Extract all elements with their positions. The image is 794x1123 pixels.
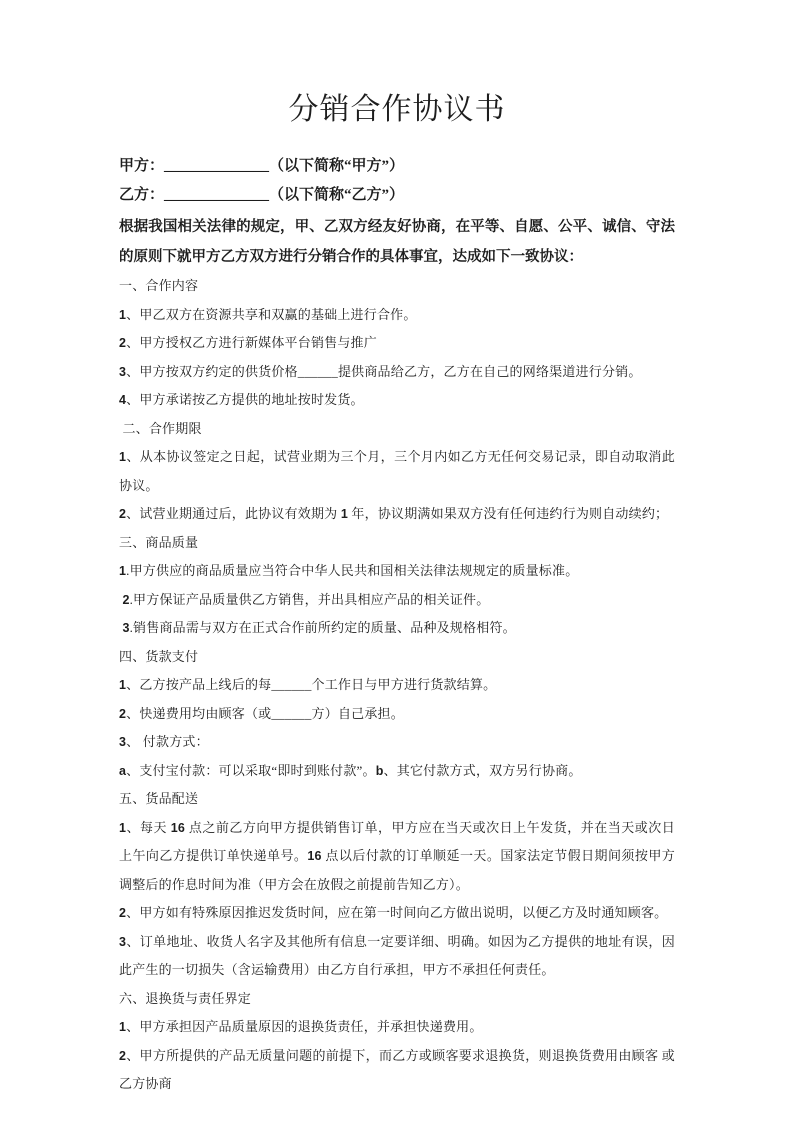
bold-numeral: 2: [122, 593, 129, 607]
bold-numeral: a: [119, 764, 126, 778]
bold-numeral: 2: [119, 507, 126, 521]
bold-numeral: 2: [119, 1049, 126, 1063]
party-a-label: 甲方：: [119, 158, 164, 174]
clause-paragraph: 3.销售商品需与双方在正式合作前所约定的质量、品种及规格相符。: [119, 614, 675, 643]
clause-paragraph: 2、甲方授权乙方进行新媒体平台销售与推广: [119, 329, 675, 358]
party-b-blank-underline: ______________: [164, 187, 269, 203]
clause-paragraph: 1、甲乙双方在资源共享和双赢的基础上进行合作。: [119, 301, 675, 330]
bold-numeral: 1: [119, 450, 126, 464]
section-heading: 一、合作内容: [119, 272, 675, 301]
bold-numeral: 4: [119, 393, 126, 407]
party-a-line: 甲方：______________（以下简称“甲方”）: [119, 152, 675, 181]
bold-numeral: 1: [341, 507, 348, 521]
clause-paragraph: 2、试营业期通过后，此协议有效期为 1 年，协议期满如果双方没有任何违约行为则自…: [119, 500, 675, 529]
section-heading: 三、商品质量: [119, 529, 675, 558]
bold-numeral: 2: [119, 707, 126, 721]
party-b-suffix: （以下简称“乙方”）: [269, 187, 404, 203]
clause-paragraph: 1、每天 16 点之前乙方向甲方提供销售订单，甲方应在当天或次日上午发货，并在当…: [119, 814, 675, 900]
clause-paragraph: 3、订单地址、收货人名字及其他所有信息一定要详细、明确。如因为乙方提供的地址有误…: [119, 928, 675, 985]
party-b-label: 乙方：: [119, 187, 164, 203]
party-a-suffix: （以下简称“甲方”）: [269, 158, 404, 174]
clause-paragraph: 2、快递费用均由顾客（或______方）自己承担。: [119, 700, 675, 729]
bold-numeral: 3: [119, 935, 126, 949]
clause-paragraph: 1、从本协议签定之日起，试营业期为三个月，三个月内如乙方无任何交易记录，即自动取…: [119, 443, 675, 500]
bold-numeral: 3: [122, 621, 129, 635]
bold-numeral: b: [376, 764, 384, 778]
clause-paragraph: 2、甲方如有特殊原因推迟发货时间，应在第一时间向乙方做出说明，以便乙方及时通知顾…: [119, 899, 675, 928]
party-a-blank-underline: ______________: [164, 158, 269, 174]
bold-numeral: 1: [119, 308, 126, 322]
section-heading: 二、合作期限: [119, 415, 675, 444]
bold-numeral: 16: [171, 821, 185, 835]
bold-numeral: 1: [119, 564, 126, 578]
bold-numeral: 2: [119, 906, 126, 920]
bold-numeral: 1: [119, 678, 126, 692]
clause-paragraph: 2、甲方所提供的产品无质量问题的前提下，而乙方或顾客要求退换货，则退换货费用由顾…: [119, 1042, 675, 1099]
bold-numeral: 2: [119, 336, 126, 350]
bold-numeral: 3: [119, 735, 126, 749]
clause-paragraph: 2.甲方保证产品质量供乙方销售，并出具相应产品的相关证件。: [119, 586, 675, 615]
clause-paragraph: a、支付宝付款：可以采取“即时到账付款”。b、其它付款方式，双方另行协商。: [119, 757, 675, 786]
clause-paragraph: 4、甲方承诺按乙方提供的地址按时发货。: [119, 386, 675, 415]
preamble-paragraph: 根据我国相关法律的规定，甲、乙双方经友好协商，在平等、自愿、公平、诚信、守法的原…: [119, 212, 675, 272]
section-heading: 五、货品配送: [119, 785, 675, 814]
section-heading: 四、货款支付: [119, 643, 675, 672]
document-title: 分销合作协议书: [119, 92, 675, 128]
bold-numeral: 16: [307, 849, 321, 863]
document-body: 一、合作内容1、甲乙双方在资源共享和双赢的基础上进行合作。2、甲方授权乙方进行新…: [119, 272, 675, 1099]
clause-paragraph: 1、甲方承担因产品质量原因的退换货责任，并承担快递费用。: [119, 1013, 675, 1042]
clause-paragraph: 3、甲方按双方约定的供货价格______提供商品给乙方，乙方在自己的网络渠道进行…: [119, 358, 675, 387]
bold-numeral: 1: [119, 821, 126, 835]
party-b-line: 乙方：______________（以下简称“乙方”）: [119, 181, 675, 210]
bold-numeral: 1: [119, 1020, 126, 1034]
clause-paragraph: 1、乙方按产品上线后的每______个工作日与甲方进行货款结算。: [119, 671, 675, 700]
bold-numeral: 3: [119, 365, 126, 379]
section-heading: 六、退换货与责任界定: [119, 985, 675, 1014]
document-page: 分销合作协议书 甲方：______________（以下简称“甲方”） 乙方：_…: [119, 0, 675, 1099]
clause-paragraph: 3、 付款方式：: [119, 728, 675, 757]
clause-paragraph: 1.甲方供应的商品质量应当符合中华人民共和国相关法律法规规定的质量标准。: [119, 557, 675, 586]
